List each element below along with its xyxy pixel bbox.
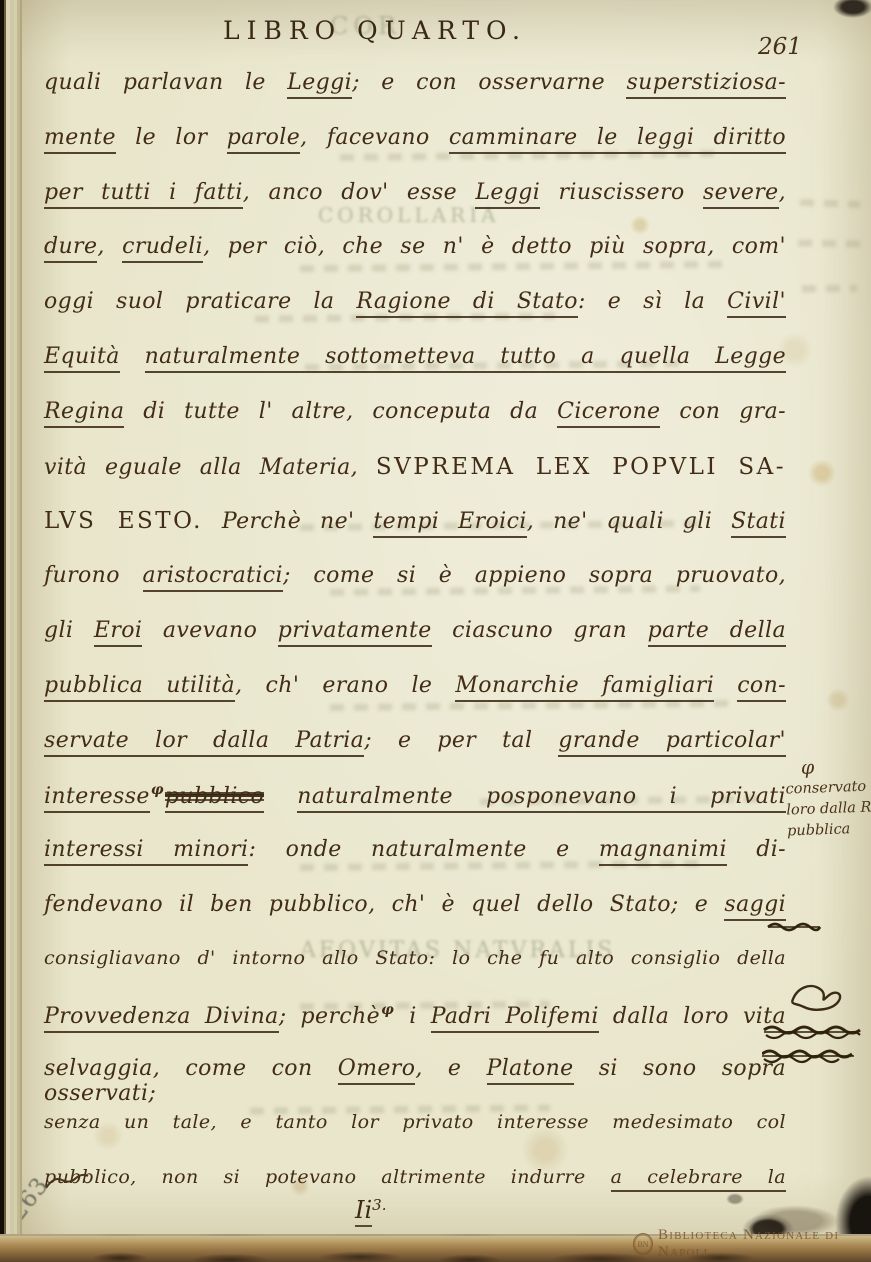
underlined-text: saggi bbox=[724, 892, 786, 921]
crossed-out-mark bbox=[766, 918, 822, 934]
underlined-text: magnanimi bbox=[599, 837, 727, 866]
manuscript-line-1: quali parlavan le Leggi; e con osservarn… bbox=[44, 70, 786, 125]
underlined-text: Ragione di Stato bbox=[356, 289, 578, 318]
catchword: Ii3. bbox=[355, 1196, 386, 1224]
library-seal-icon: BN bbox=[633, 1233, 653, 1255]
underlined-text: parte della bbox=[648, 618, 786, 647]
underlined-text: tempi Eroici bbox=[373, 509, 526, 538]
underlined-text: Omero bbox=[338, 1056, 416, 1085]
margin-note-conservato: φ conservato loro dalla Re- pubblica bbox=[785, 755, 871, 843]
book-fore-edge bbox=[0, 0, 22, 1262]
underlined-text: camminare le leggi diritto bbox=[449, 125, 786, 154]
underlined-text: Eroi bbox=[94, 618, 142, 647]
underlined-text: mente bbox=[44, 125, 116, 154]
folio-number: 261 bbox=[758, 34, 802, 60]
library-watermark: BN Biblioteca Nazionale di Napoli bbox=[633, 1227, 871, 1261]
underlined-text: interesse bbox=[44, 784, 150, 813]
underlined-text: superstiziosa- bbox=[626, 70, 786, 99]
underlined-text: Platone bbox=[487, 1056, 574, 1085]
bleed-through-line bbox=[802, 285, 857, 293]
underlined-text: privatamente bbox=[278, 618, 432, 647]
underlined-text: Leggi bbox=[475, 180, 540, 209]
underlined-text: per tutti i fatti bbox=[44, 180, 243, 209]
manuscript-line-11: gli Eroi avevano privatamente ciascuno g… bbox=[44, 618, 786, 673]
underlined-text: con- bbox=[737, 673, 786, 702]
insertion-mark: φ bbox=[380, 1002, 395, 1018]
latin-caps-text: LVS ESTO. bbox=[44, 508, 203, 534]
library-name: Biblioteca Nazionale di Napoli bbox=[658, 1227, 871, 1261]
manuscript-line-6: Equità naturalmente sottometteva tutto a… bbox=[44, 344, 786, 399]
insertion-mark: φ bbox=[150, 782, 165, 798]
underlined-text: Provvedenza Divina bbox=[44, 1004, 279, 1033]
latin-caps-text: SVPREMA LEX POPVLI SA- bbox=[376, 454, 786, 480]
margin-note-line: conservato bbox=[785, 777, 871, 801]
manuscript-line-20: senza un tale, e tanto lor privato inter… bbox=[44, 1111, 786, 1166]
margin-note-line: loro dalla Re- bbox=[786, 798, 871, 822]
manuscript-line-21: pubblico, non si potevano altrimente ind… bbox=[44, 1166, 786, 1221]
underlined-text: Cicerone bbox=[557, 399, 660, 428]
crossed-out-scribble bbox=[762, 972, 870, 1072]
underlined-text: Stati bbox=[731, 509, 786, 538]
underlined-text: severe bbox=[703, 180, 779, 209]
manuscript-line-14: interesseφpubblico naturalmente posponev… bbox=[44, 782, 786, 837]
manuscript-line-8: vità eguale alla Materia, SVPREMA LEX PO… bbox=[44, 454, 786, 509]
underlined-text: grande particolar' bbox=[558, 728, 786, 757]
manuscript-line-12: pubblica utilità, ch' erano le Monarchie… bbox=[44, 673, 786, 728]
manuscript-line-13: servate lor dalla Patria; e per tal gran… bbox=[44, 728, 786, 783]
manuscript-line-5: oggi suol praticare la Ragione di Stato:… bbox=[44, 289, 786, 344]
manuscript-line-18: Provvedenza Divina; perchèφ i Padri Poli… bbox=[44, 1002, 786, 1057]
underlined-text: Regina bbox=[44, 399, 124, 428]
underlined-text: a celebrare la bbox=[611, 1166, 786, 1192]
underlined-text: pubblica utilità bbox=[44, 673, 235, 702]
manuscript-line-9: LVS ESTO. Perchè ne' tempi Eroici, ne' q… bbox=[44, 508, 786, 563]
manuscript-line-15: interessi minori: onde naturalmente e ma… bbox=[44, 837, 786, 892]
manuscript-line-7: Regina di tutte l' altre, conceputa da C… bbox=[44, 399, 786, 454]
manuscript-line-3: per tutti i fatti, anco dov' esse Leggi … bbox=[44, 180, 786, 235]
underlined-text: Civil' bbox=[727, 289, 786, 318]
underlined-text: Equità bbox=[44, 344, 120, 373]
underlined-text: naturalmente posponevano i privati bbox=[297, 784, 786, 813]
manuscript-line-19: selvaggia, come con Omero, e Platone si … bbox=[44, 1056, 786, 1111]
underlined-text: interessi minori bbox=[44, 837, 248, 866]
manuscript-scan: COR COROLLARIA AEQVITAS NATVRALIS LIBRO … bbox=[0, 0, 871, 1262]
manuscript-line-17: consigliavano d' intorno allo Stato: lo … bbox=[44, 947, 786, 1002]
underlined-text: naturalmente sottometteva tutto a quella… bbox=[145, 344, 786, 373]
text-body: quali parlavan le Leggi; e con osservarn… bbox=[44, 70, 786, 1221]
underlined-text: Leggi bbox=[287, 70, 352, 99]
underlined-text: Monarchie famigliari bbox=[455, 673, 714, 702]
margin-note-line: pubblica bbox=[787, 819, 871, 843]
underlined-text: servate lor dalla Patria bbox=[44, 728, 364, 757]
underlined-text: parole bbox=[227, 125, 300, 154]
bleed-through-line bbox=[798, 239, 862, 247]
insertion-mark: φ bbox=[801, 755, 871, 779]
manuscript-line-10: furono aristocratici; come si è appieno … bbox=[44, 563, 786, 618]
underlined-text: aristocratici bbox=[143, 563, 283, 592]
manuscript-line-16: fendevano il ben pubblico, ch' è quel de… bbox=[44, 892, 786, 947]
underlined-text: dure bbox=[44, 234, 97, 263]
underlined-text: Padri Polifemi bbox=[431, 1004, 599, 1033]
manuscript-line-4: dure, crudeli, per ciò, che se n' è dett… bbox=[44, 234, 786, 289]
crossed-out-word: pubblico bbox=[165, 784, 264, 813]
underlined-text: crudeli bbox=[122, 234, 203, 263]
manuscript-line-2: mente le lor parole, facevano camminare … bbox=[44, 125, 786, 180]
page-title: LIBRO QUARTO. bbox=[160, 16, 590, 45]
